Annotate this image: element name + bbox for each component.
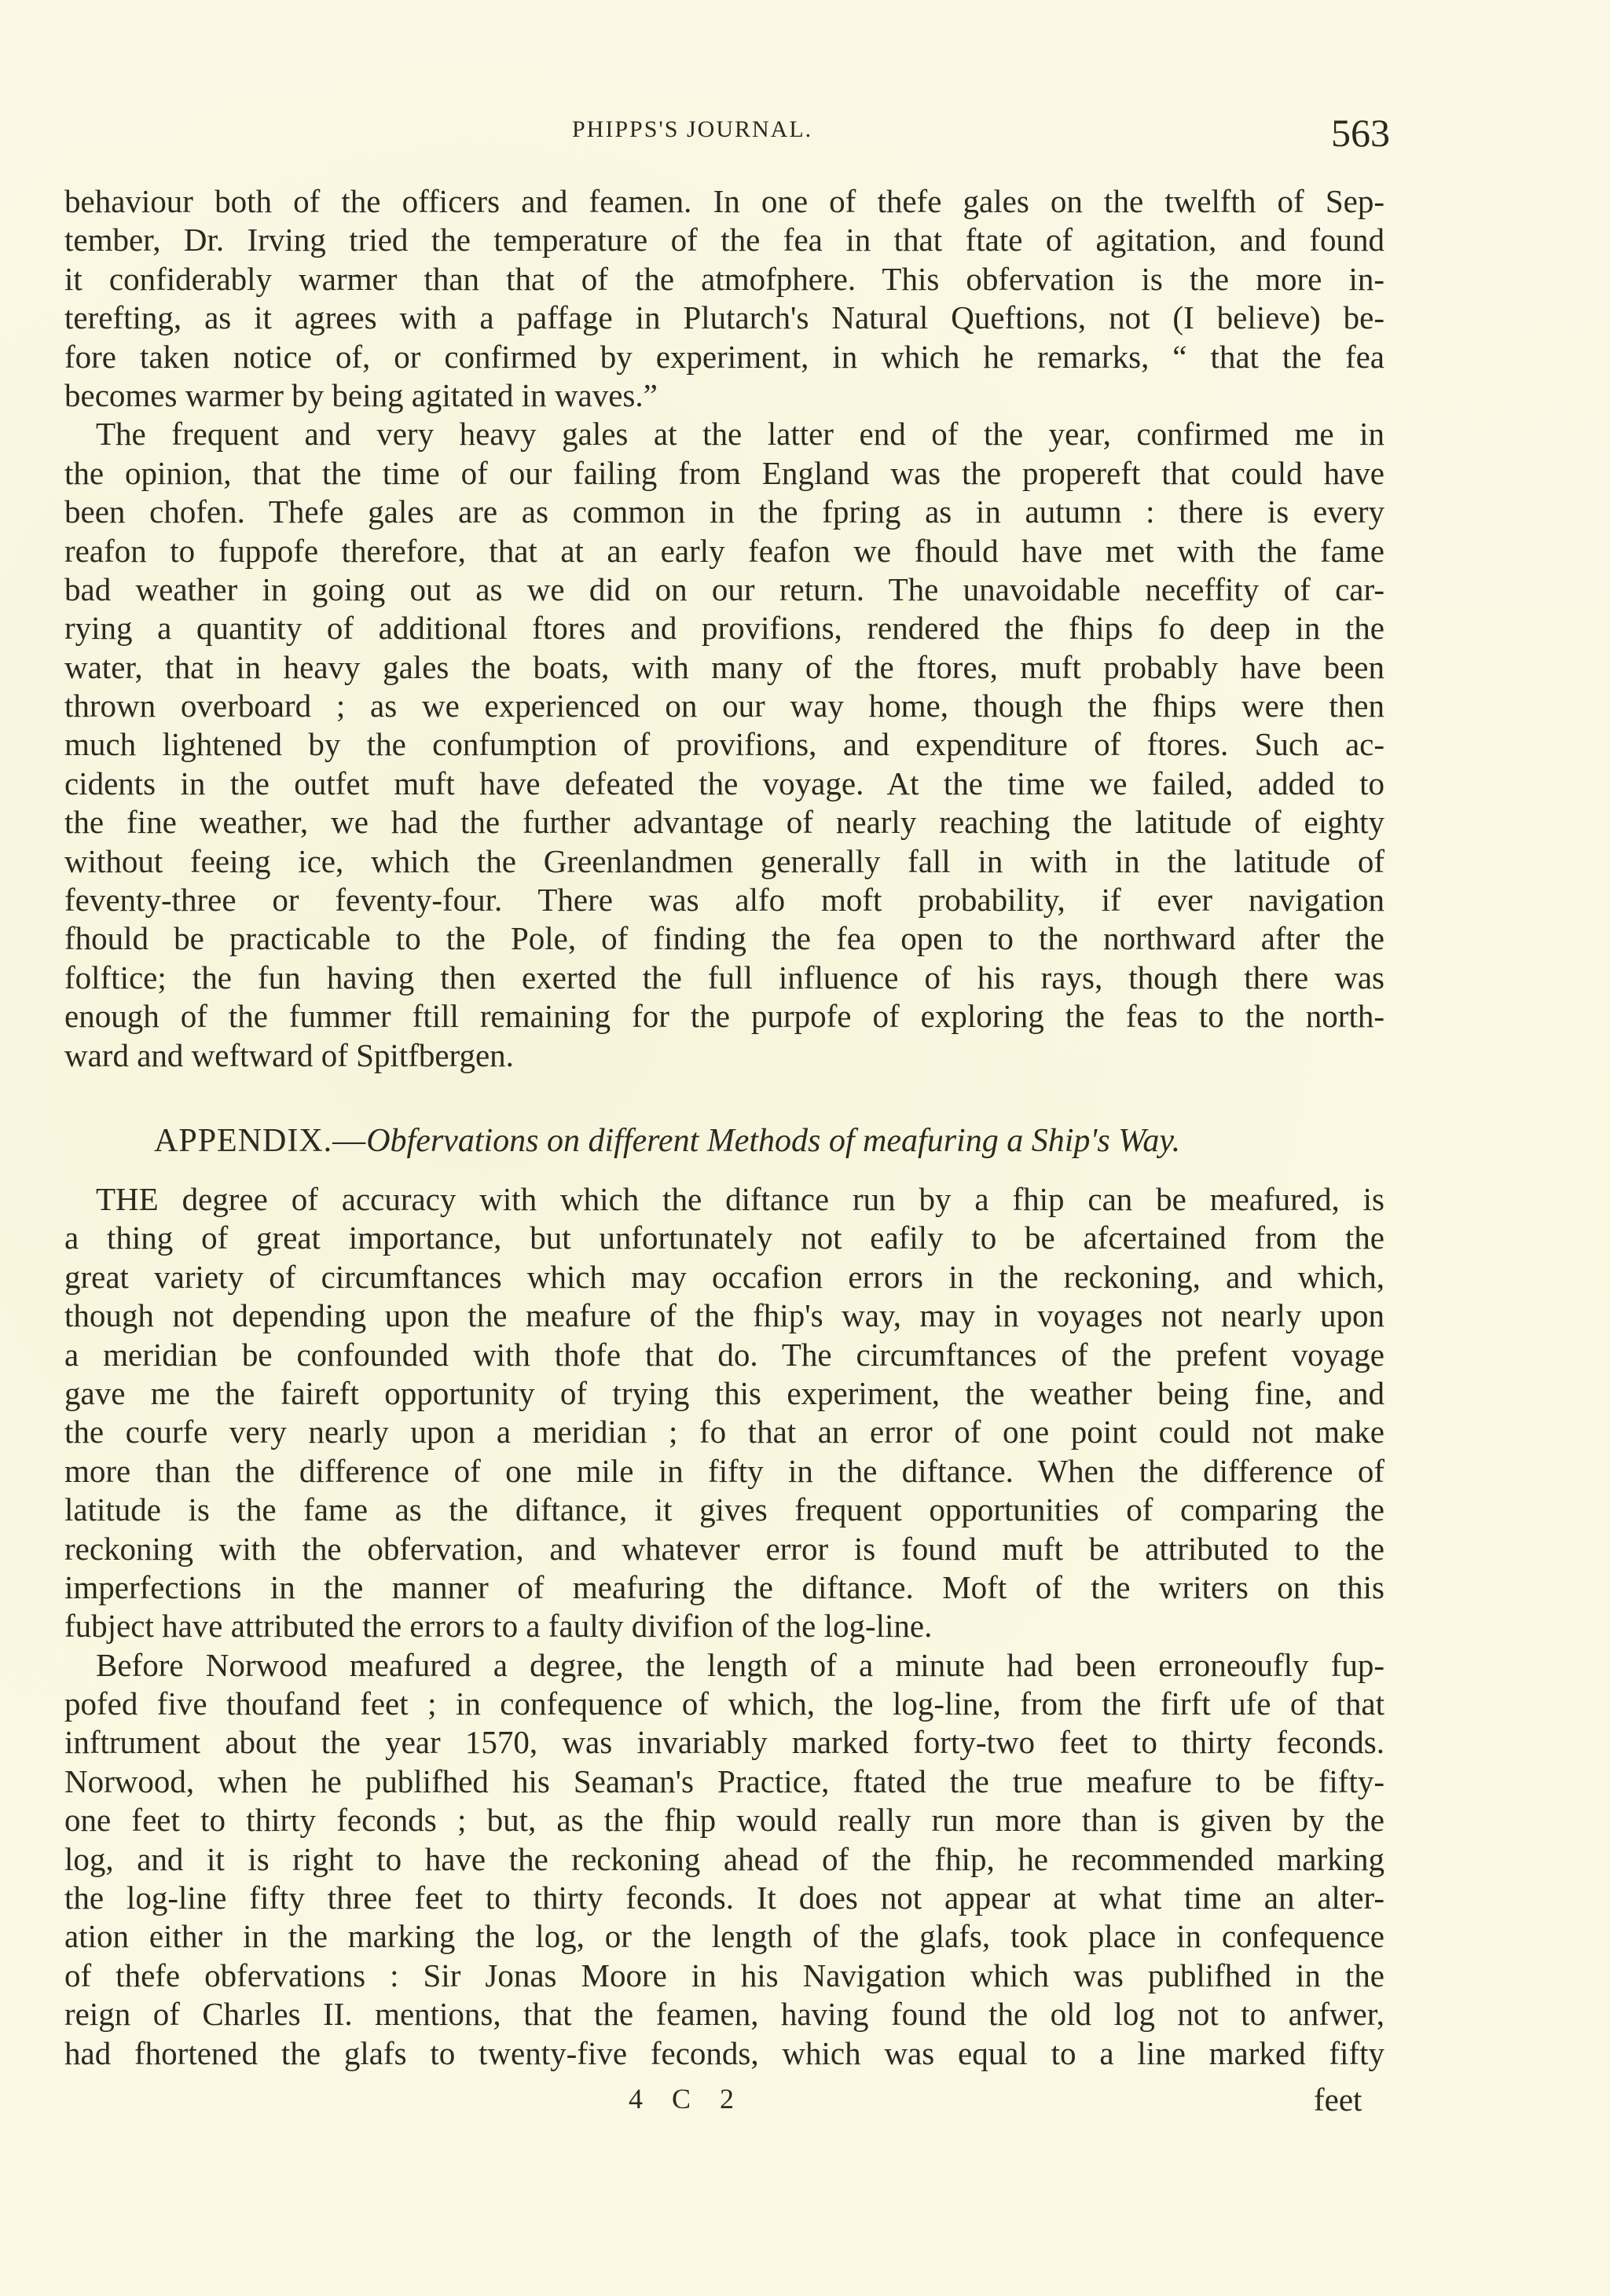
book-page: PHIPPS'S JOURNAL. 563 behaviour both of …: [0, 0, 1610, 2296]
page-number: 563: [1331, 110, 1390, 156]
text-line: fhould be practicable to the Pole, of fi…: [64, 919, 1384, 958]
text-line: terefting, as it agrees with a paffage i…: [64, 299, 1384, 337]
text-line: had fhortened the glafs to twenty-five f…: [64, 2034, 1384, 2073]
appendix-heading-label: APPENDIX.—: [154, 1123, 366, 1159]
text-line: tember, Dr. Irving tried the temperature…: [64, 221, 1384, 259]
paragraph-start-line: Before Norwood meafured a degree, the le…: [64, 1646, 1384, 1685]
text-line: Norwood, when he publifhed his Seaman's …: [64, 1762, 1384, 1801]
text-line: latitude is the fame as the diftance, it…: [64, 1491, 1384, 1529]
text-line: a meridian be confounded with thofe that…: [64, 1336, 1384, 1374]
text-line: without feeing ice, which the Greenlandm…: [64, 842, 1384, 881]
text-line: the courfe very nearly upon a meridian ;…: [64, 1413, 1384, 1451]
paragraph-start-line: The frequent and very heavy gales at the…: [64, 415, 1384, 453]
text-line: feventy-three or feventy-four. There was…: [64, 881, 1384, 919]
text-line: gave me the faireft opportunity of tryin…: [64, 1374, 1384, 1413]
text-line: fubject have attributed the errors to a …: [64, 1607, 1384, 1645]
appendix-text-section: THE degree of accuracy with which the di…: [64, 1180, 1384, 2073]
text-line: of thefe obfervations : Sir Jonas Moore …: [64, 1957, 1384, 1995]
text-line: bad weather in going out as we did on ou…: [64, 570, 1384, 609]
printer-signature-mark: 4 C 2: [629, 2082, 745, 2115]
text-line: folftice; the fun having then exerted th…: [64, 959, 1384, 997]
text-line: though not depending upon the meafure of…: [64, 1297, 1384, 1335]
catchword: feet: [1314, 2081, 1362, 2118]
text-line: great variety of circumftances which may…: [64, 1258, 1384, 1297]
text-line: enough of the fummer ftill remaining for…: [64, 997, 1384, 1036]
text-line: water, that in heavy gales the boats, wi…: [64, 648, 1384, 687]
text-line: more than the difference of one mile in …: [64, 1452, 1384, 1491]
text-line: reafon to fuppofe therefore, that at an …: [64, 532, 1384, 570]
text-line: cidents in the outfet muft have defeated…: [64, 765, 1384, 803]
appendix-heading-subtitle: Obfervations on different Methods of mea…: [366, 1123, 1180, 1159]
journal-text-section: behaviour both of the officers and feame…: [64, 182, 1384, 1075]
running-head-title: PHIPPS'S JOURNAL.: [572, 116, 812, 143]
text-line: inftrument about the year 1570, was inva…: [64, 1723, 1384, 1762]
text-line: imperfections in the manner of meafuring…: [64, 1568, 1384, 1607]
appendix-heading: APPENDIX.—Obfervations on different Meth…: [154, 1122, 1180, 1160]
text-line: rying a quantity of additional ftores an…: [64, 609, 1384, 647]
text-line: behaviour both of the officers and feame…: [64, 182, 1384, 221]
text-line: fore taken notice of, or confirmed by ex…: [64, 338, 1384, 376]
text-line: a thing of great importance, but unfortu…: [64, 1219, 1384, 1257]
text-line: thrown overboard ; as we experienced on …: [64, 687, 1384, 725]
text-line: becomes warmer by being agitated in wave…: [64, 376, 1384, 415]
text-line: much lightened by the confumption of pro…: [64, 725, 1384, 764]
text-line: been chofen. Thefe gales are as common i…: [64, 493, 1384, 531]
text-line: pofed five thoufand feet ; in confequenc…: [64, 1685, 1384, 1723]
text-line: ation either in the marking the log, or …: [64, 1917, 1384, 1956]
paragraph-start-line: THE degree of accuracy with which the di…: [64, 1180, 1384, 1219]
text-line: log, and it is right to have the reckoni…: [64, 1840, 1384, 1879]
text-line: the fine weather, we had the further adv…: [64, 803, 1384, 842]
text-line: one feet to thirty feconds ; but, as the…: [64, 1801, 1384, 1839]
text-line: it confiderably warmer than that of the …: [64, 260, 1384, 299]
text-line: ward and weftward of Spitfbergen.: [64, 1036, 1384, 1075]
text-line: reign of Charles II. mentions, that the …: [64, 1995, 1384, 2034]
text-line: the log-line fifty three feet to thirty …: [64, 1879, 1384, 1917]
text-line: the opinion, that the time of our failin…: [64, 454, 1384, 493]
text-line: reckoning with the obfervation, and what…: [64, 1530, 1384, 1568]
